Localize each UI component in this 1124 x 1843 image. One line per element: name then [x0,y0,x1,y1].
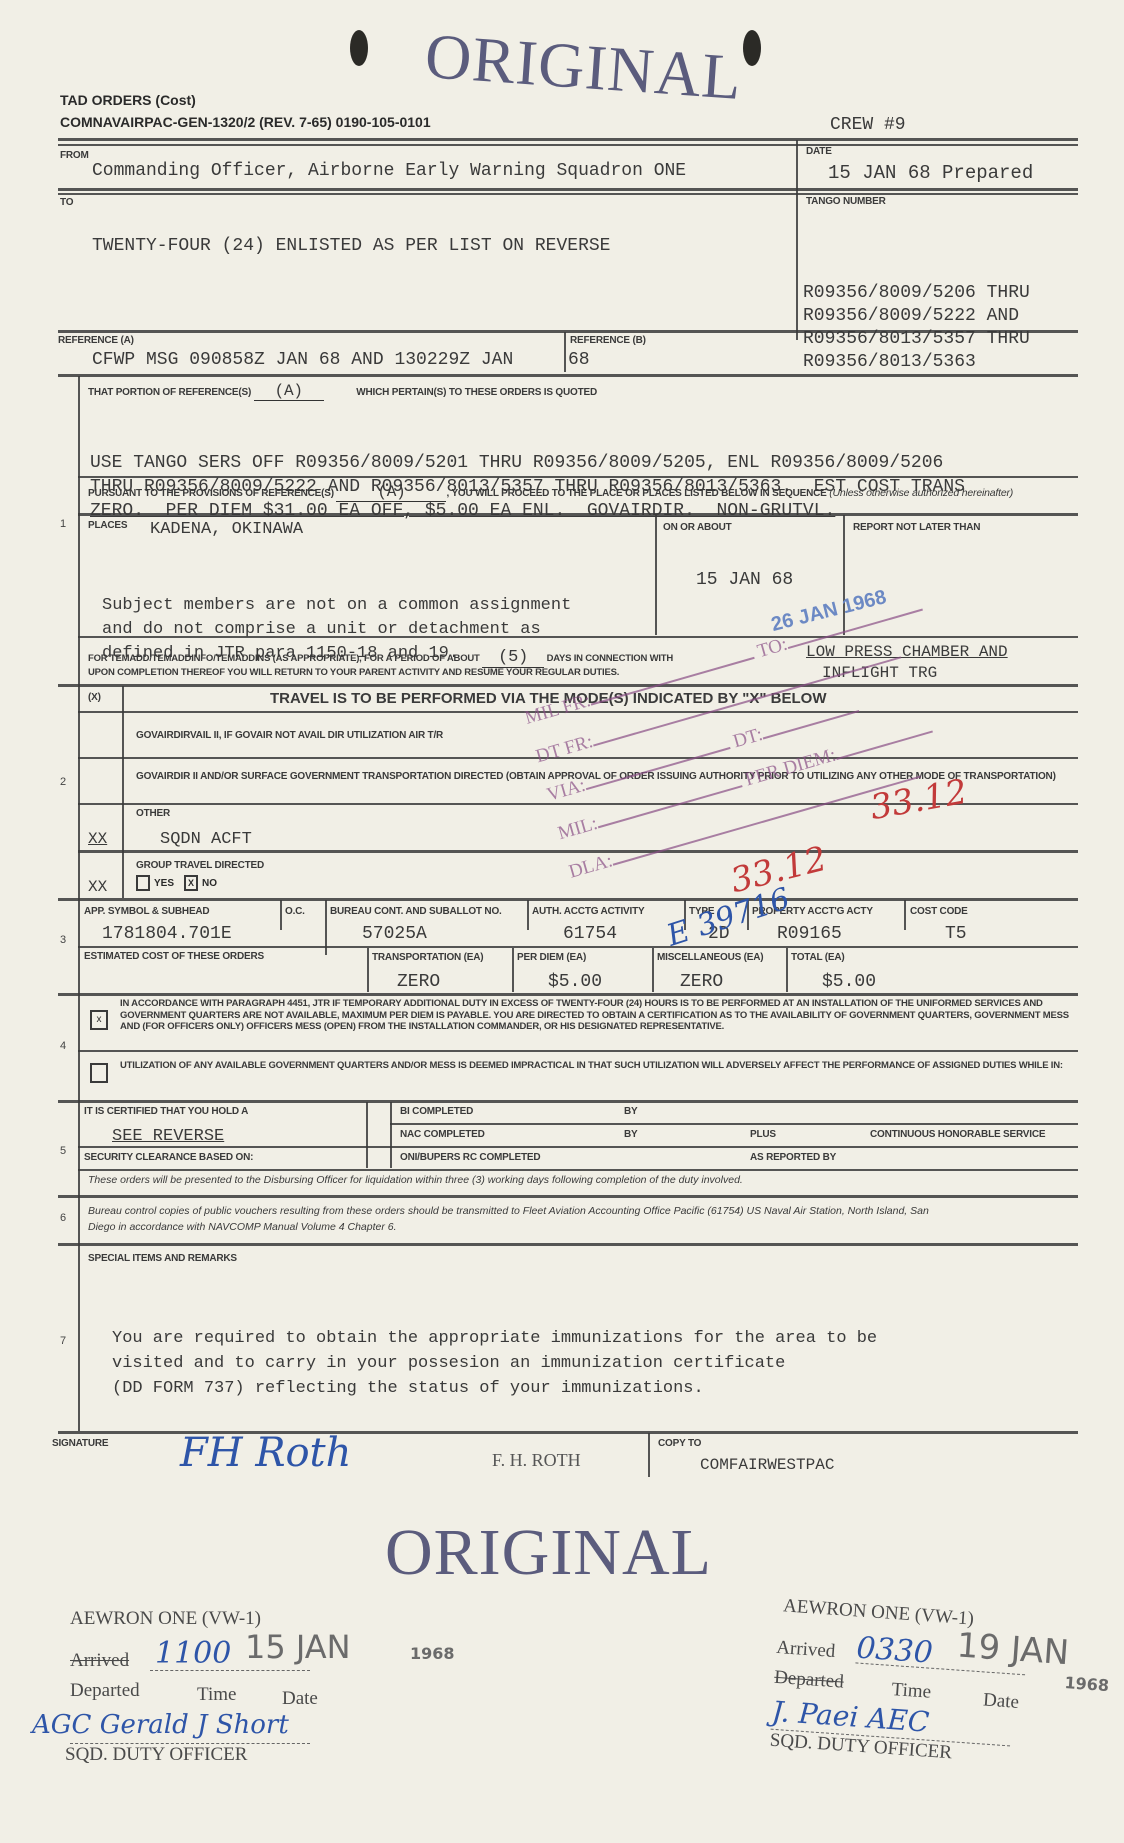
as-reported-by-label: AS REPORTED BY [750,1152,836,1163]
quoted-label: THAT PORTION OF REFERENCE(S) (a) WHICH P… [88,382,597,401]
group-travel-mark: XX [88,878,107,896]
on-or-about-label: ON OR ABOUT [663,522,732,533]
mode-other-mark: XX [88,830,107,848]
special-items-text: You are required to obtain the appropria… [112,1276,877,1426]
nac-completed-label: NAC COMPLETED [400,1129,485,1140]
group-travel-no-label: NO [202,878,217,889]
total-label: TOTAL (ea) [791,952,845,963]
right-unit: AEWRON ONE (VW-1) [782,1595,974,1630]
original-stamp-bottom: ORIGINAL [385,1515,712,1591]
form-title: TAD ORDERS (Cost) [60,92,196,108]
left-officer-label: SQD. DUTY OFFICER [65,1744,247,1766]
reference-a-value: CFWP MSG 090858Z JAN 68 AND 130229Z JAN [92,350,513,370]
left-unit: AEWRON ONE (VW-1) [70,1608,261,1630]
left-time-label: Time [197,1684,236,1706]
section-7-number: 7 [60,1335,66,1347]
property-acctg-value: R09165 [777,924,842,944]
bi-by-label: BY [624,1106,638,1117]
group-travel-label: GROUP TRAVEL DIRECTED [136,860,264,871]
bureau-cont-label: BUREAU CONT. AND SUBALLOT NO. [330,906,502,917]
reference-a-label: REFERENCE (a) [58,335,134,346]
original-stamp-top: ORIGINAL [423,19,745,115]
group-travel-options: YES X NO [136,875,217,891]
per-diem-value: $5.00 [548,972,602,992]
left-date-label: Date [282,1688,318,1710]
left-date-stamp: 15 JAN [245,1628,351,1666]
right-year-stamp: 1968 [1064,1673,1110,1695]
section-4-item1-text: IN ACCORDANCE WITH PARAGRAPH 4451, JTR I… [120,998,1075,1033]
punch-hole-right [743,30,761,66]
from-value: Commanding Officer, Airborne Early Warni… [92,161,686,181]
to-value: TWENTY-FOUR (24) ENLISTED AS PER LIST ON… [92,236,610,256]
cost-code-label: COST CODE [910,906,968,917]
mode-govair: GOVAIRDIRVAIL II, IF GOVAIR NOT AVAIL DI… [136,730,443,741]
group-travel-yes-label: YES [154,878,174,889]
mode-other-label: OTHER [136,808,170,819]
section-3-number: 3 [60,934,66,946]
right-arrival-block: AEWRON ONE (VW-1) Arrived 0330 19 JAN 19… [767,1595,1119,1808]
pursuant-label: PURSUANT TO THE PROVISIONS OF REFERENCE(… [88,483,1013,502]
left-departed-label: Departed [70,1680,140,1702]
special-items-label: SPECIAL ITEMS AND REMARKS [88,1253,237,1264]
oc-label: O.C. [285,906,305,917]
disbursing-note: These orders will be presented to the Di… [88,1174,743,1186]
per-diem-label: PER DIEM (ea) [517,952,586,963]
from-label: FROM [60,150,89,161]
return-line: UPON COMPLETION THEREOF YOU WILL RETURN … [88,667,619,678]
date-label: DATE [806,146,832,157]
right-departed-label: Departed [773,1667,844,1694]
reference-b-value: 68 [568,350,590,370]
places-label: PLACES [88,520,127,531]
miscellaneous-value: ZERO [680,972,723,992]
right-time-handwritten: 0330 [855,1631,934,1671]
cost-code-value: T5 [945,924,967,944]
transportation-value: ZERO [397,972,440,992]
signature-handwritten: FH Roth [180,1430,351,1476]
bureau-cont-value: 57025A [362,924,427,944]
right-date-stamp: 19 JAN [956,1626,1071,1674]
transportation-label: TRANSPORTATION (ea) [372,952,483,963]
left-year-stamp: 1968 [410,1644,455,1663]
form-number: COMNAVAIRPAC-GEN-1320/2 (REV. 7-65) 0190… [60,114,431,130]
section-5-number: 5 [60,1145,66,1157]
section-4-item2-text: UTILIZATION OF ANY AVAILABLE GOVERNMENT … [120,1059,1075,1073]
mode-other-value: SQDN ACFT [160,830,252,849]
date-value: 15 JAN 68 Prepared [828,162,1033,184]
copy-to-label: COPY TO [658,1438,701,1449]
on-or-about-value: 15 JAN 68 [696,570,793,590]
section-4-number: 4 [60,1040,66,1052]
total-value: $5.00 [822,972,876,992]
copy-to-value: COMFAIRWESTPAC [700,1456,834,1474]
to-label: TO [60,197,73,208]
estimated-cost-label: ESTIMATED COST OF THESE ORDERS [84,951,264,962]
reference-b-label: REFERENCE (b) [570,335,646,346]
nac-by-label: BY [624,1129,638,1140]
section-6-number: 6 [60,1212,66,1224]
app-symbol-label: APP. SYMBOL & SUBHEAD [84,906,209,917]
left-time-handwritten: 1100 [155,1636,231,1671]
section-4-item2-checkbox[interactable] [90,1063,108,1083]
signature-label: SIGNATURE [52,1438,108,1449]
voucher-note: Bureau control copies of public vouchers… [88,1203,948,1235]
period-line: FOR TEMADD/TEMADDINFO/TEMADDINS (as appr… [88,648,673,668]
continuous-service-label: CONTINUOUS HONORABLE SERVICE [870,1129,1045,1140]
section-2-number: 2 [60,776,66,788]
certified-value: SEE REVERSE [112,1127,224,1146]
section-1-number: 1 [60,518,66,530]
clearance-label: SECURITY CLEARANCE BASED ON: [84,1152,253,1163]
group-travel-no-checkbox[interactable]: X [184,875,198,891]
x-column-header: (x) [88,692,101,703]
report-not-later-label: REPORT NOT LATER THAN [853,522,980,533]
left-arrived-label: Arrived [70,1650,129,1672]
tango-label: TANGO NUMBER [806,196,886,207]
signer-name: F. H. ROTH [492,1450,581,1471]
crew-number: CREW #9 [830,115,906,135]
place-value: KADENA, OKINAWA [150,520,303,539]
section-4-item1-checkbox[interactable]: x [90,1010,108,1030]
right-arrived-label: Arrived [776,1637,836,1663]
auth-acctg-value: 61754 [563,924,617,944]
plus-label: PLUS [750,1129,776,1140]
app-symbol-value: 1781804.701E [102,924,232,944]
punch-hole-left [350,30,368,66]
tango-numbers: R09356/8009/5206 THRUR09356/8009/5222 AN… [803,236,1030,397]
group-travel-yes-checkbox[interactable] [136,875,150,891]
oni-bupers-label: ONI/BUPERS RC COMPLETED [400,1152,540,1163]
right-date-label: Date [982,1689,1019,1713]
certified-label: IT IS CERTIFIED THAT YOU HOLD A [84,1106,248,1117]
right-time-label: Time [891,1679,932,1704]
bi-completed-label: BI COMPLETED [400,1106,473,1117]
left-officer-signature: AGC Gerald J Short [32,1710,289,1740]
